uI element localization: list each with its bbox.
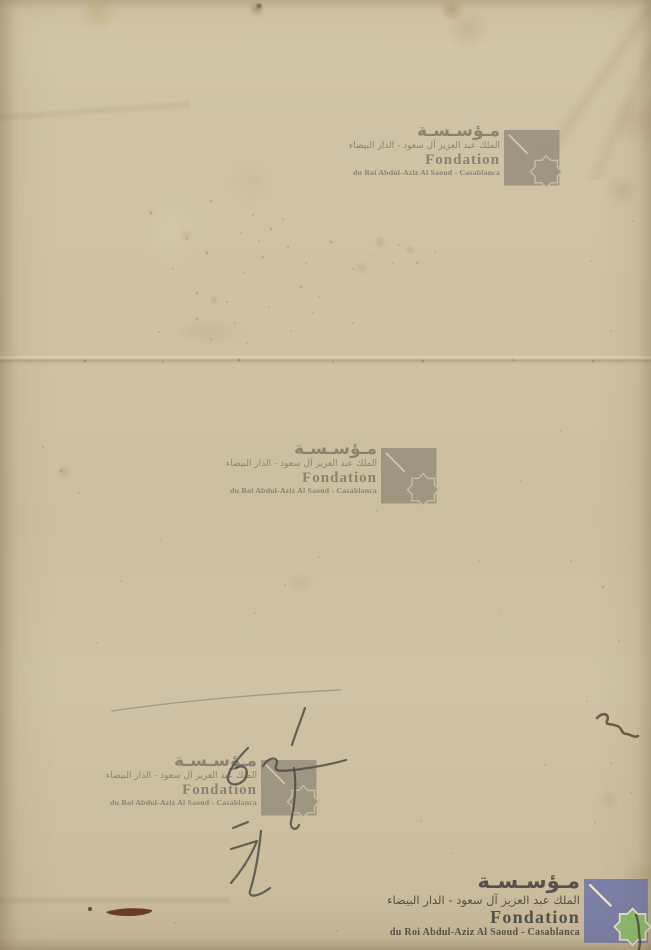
handwritten-pencil-marks [0,0,651,950]
scanned-page: مـؤسـسـة الملك عبد العزيز آل سعود - الدا… [0,0,651,950]
